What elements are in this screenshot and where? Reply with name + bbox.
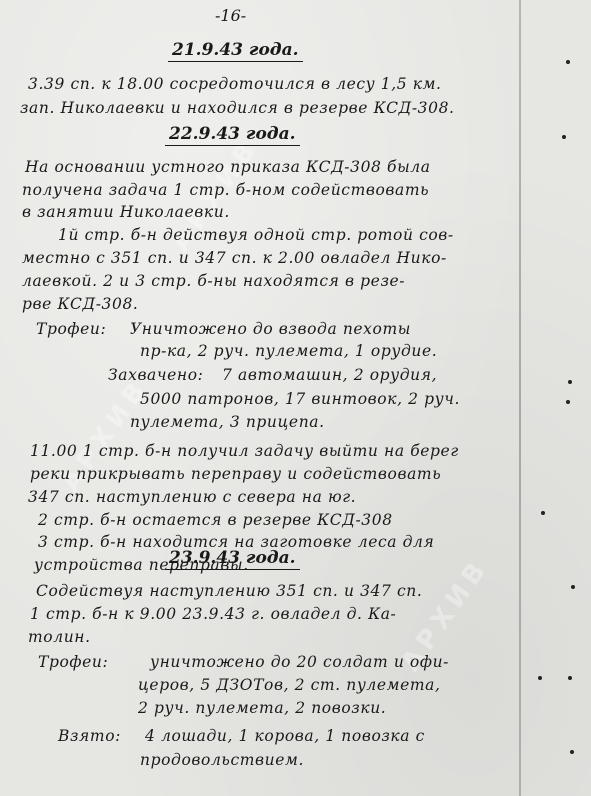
trophies-label: Трофеи: bbox=[38, 653, 108, 671]
paper-speck bbox=[541, 511, 545, 515]
entry-line: На основании устного приказа КСД-308 был… bbox=[25, 158, 431, 176]
captured-label: Захвачено: bbox=[108, 366, 203, 384]
captured-line: 7 автомашин, 2 орудия, bbox=[222, 366, 437, 384]
paper-speck bbox=[538, 676, 542, 680]
entry-line: 11.00 1 стр. б-н получил задачу выйти на… bbox=[30, 442, 459, 460]
paper-speck bbox=[566, 400, 570, 404]
captured-line: 5000 патронов, 17 винтовок, 2 руч. bbox=[140, 390, 460, 408]
trophies-line: уничтожено до 20 солдат и офи- bbox=[150, 653, 449, 671]
taken-label: Взято: bbox=[58, 727, 121, 745]
document-page: АРХИВ АРХИВ АРХИВ -16- 21.9.43 года. 3.3… bbox=[0, 0, 591, 796]
entry-line: 3.39 сп. к 18.00 сосредоточился в лесу 1… bbox=[28, 75, 442, 93]
trophies-label: Трофеи: bbox=[36, 320, 106, 338]
page-fold-line bbox=[519, 0, 521, 796]
entry-line: 1 стр. б-н к 9.00 23.9.43 г. овладел д. … bbox=[30, 605, 396, 623]
entry-line: рве КСД-308. bbox=[22, 295, 138, 313]
paper-speck bbox=[562, 135, 566, 139]
entry-line: 347 сп. наступлению с севера на юг. bbox=[28, 488, 356, 506]
entry-line: 2 стр. б-н остается в резерве КСД-308 bbox=[38, 511, 393, 529]
entry-date: 21.9.43 года. bbox=[168, 40, 303, 62]
paper-speck bbox=[568, 380, 572, 384]
taken-line: продовольствием. bbox=[140, 751, 304, 769]
paper-speck bbox=[568, 676, 572, 680]
entry-line: толин. bbox=[28, 628, 91, 646]
captured-line: пулемета, 3 прицепа. bbox=[130, 413, 325, 431]
entry-line: 1й стр. б-н действуя одной стр. ротой со… bbox=[58, 226, 454, 244]
entry-date: 23.9.43 года. bbox=[165, 548, 300, 570]
entry-line: в занятии Николаевки. bbox=[22, 203, 230, 221]
taken-line: 4 лошади, 1 корова, 1 повозка с bbox=[145, 727, 425, 745]
entry-line: зап. Николаевки и находился в резерве КС… bbox=[20, 99, 455, 117]
paper-speck bbox=[571, 585, 575, 589]
entry-line: реки прикрывать переправу и содействоват… bbox=[30, 465, 441, 483]
page-number: -16- bbox=[215, 6, 246, 25]
paper-speck bbox=[570, 750, 574, 754]
trophies-line: церов, 5 ДЗОТов, 2 ст. пулемета, bbox=[138, 676, 441, 694]
trophies-line: пр-ка, 2 руч. пулемета, 1 орудие. bbox=[140, 342, 437, 360]
entry-line: местно с 351 сп. и 347 сп. к 2.00 овладе… bbox=[22, 249, 447, 267]
entry-line: получена задача 1 стр. б-ном содействова… bbox=[22, 181, 429, 199]
paper-speck bbox=[566, 60, 570, 64]
trophies-line: Уничтожено до взвода пехоты bbox=[130, 320, 411, 338]
entry-line: лаевкой. 2 и 3 стр. б-ны находятся в рез… bbox=[22, 272, 405, 290]
trophies-line: 2 руч. пулемета, 2 повозки. bbox=[138, 699, 386, 717]
entry-line: Содействуя наступлению 351 сп. и 347 сп. bbox=[36, 582, 422, 600]
entry-date: 22.9.43 года. bbox=[165, 124, 300, 146]
